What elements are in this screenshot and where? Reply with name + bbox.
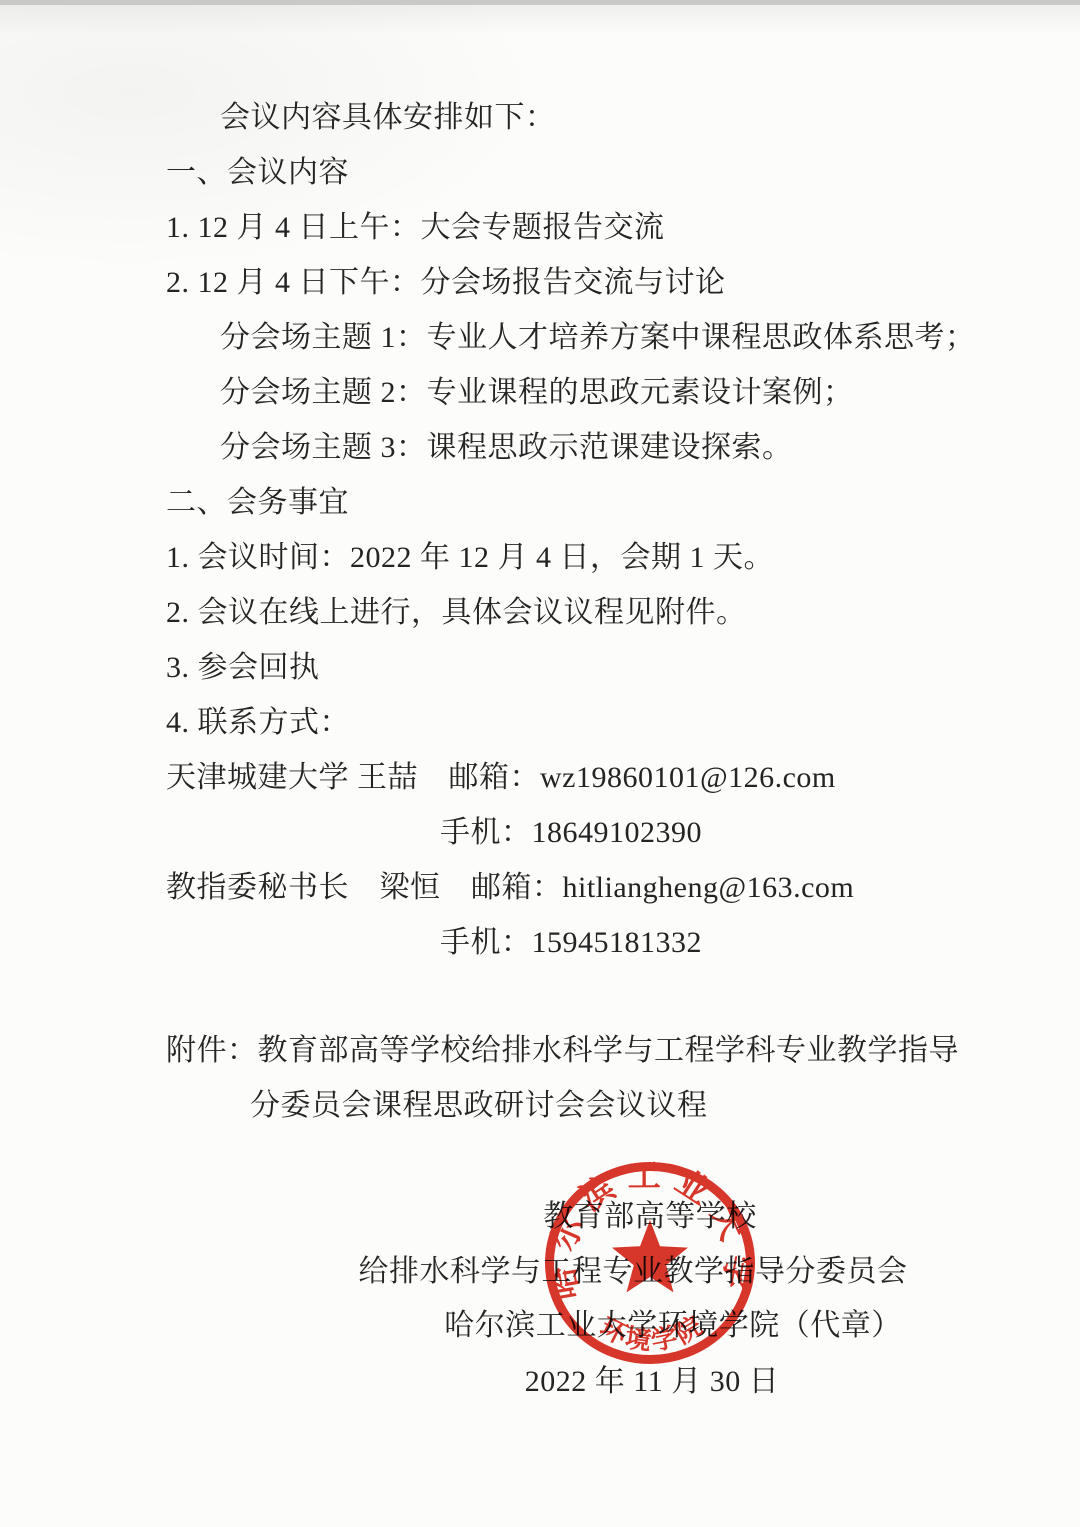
line-reply-receipt: 3. 参会回执 [166,640,1006,695]
line-attachment-1: 附件：教育部高等学校给排水科学与工程学科专业教学指导 [166,1023,1006,1078]
official-seal: 哈尔滨工业大学 环境学院 [540,1153,760,1373]
letter-body: 会议内容具体安排如下： 一、会议内容 1. 12 月 4 日上午：大会专题报告交… [166,90,1006,1133]
line-section-1: 一、会议内容 [166,145,1006,200]
scan-top-fade [0,5,1080,35]
line-subtopic-1: 分会场主题 1：专业人才培养方案中课程思政体系思考； [166,310,1006,365]
line-subtopic-2: 分会场主题 2：专业课程的思政元素设计案例； [166,365,1006,420]
line-section-2: 二、会务事宜 [166,475,1006,530]
line-attachment-2: 分委员会课程思政研讨会会议议程 [166,1078,1006,1133]
line-intro: 会议内容具体安排如下： [166,90,1006,145]
seal-star-icon [612,1220,688,1292]
line-phone-liang: 手机：15945181332 [166,915,1006,970]
line-item-morning: 1. 12 月 4 日上午：大会专题报告交流 [166,200,1006,255]
line-meeting-time: 1. 会议时间：2022 年 12 月 4 日，会期 1 天。 [166,530,1006,585]
line-item-afternoon: 2. 12 月 4 日下午：分会场报告交流与讨论 [166,255,1006,310]
line-phone-wang: 手机：18649102390 [166,805,1006,860]
line-meeting-online: 2. 会议在线上进行，具体会议议程见附件。 [166,585,1006,640]
document-page: 会议内容具体安排如下： 一、会议内容 1. 12 月 4 日上午：大会专题报告交… [0,0,1080,1527]
line-contact-wang: 天津城建大学 王喆 邮箱：wz19860101@126.com [166,750,1006,805]
line-contact-header: 4. 联系方式： [166,695,1006,750]
line-contact-liang: 教指委秘书长 梁恒 邮箱：hitliangheng@163.com [166,860,1006,915]
line-subtopic-3: 分会场主题 3：课程思政示范课建设探索。 [166,420,1006,475]
